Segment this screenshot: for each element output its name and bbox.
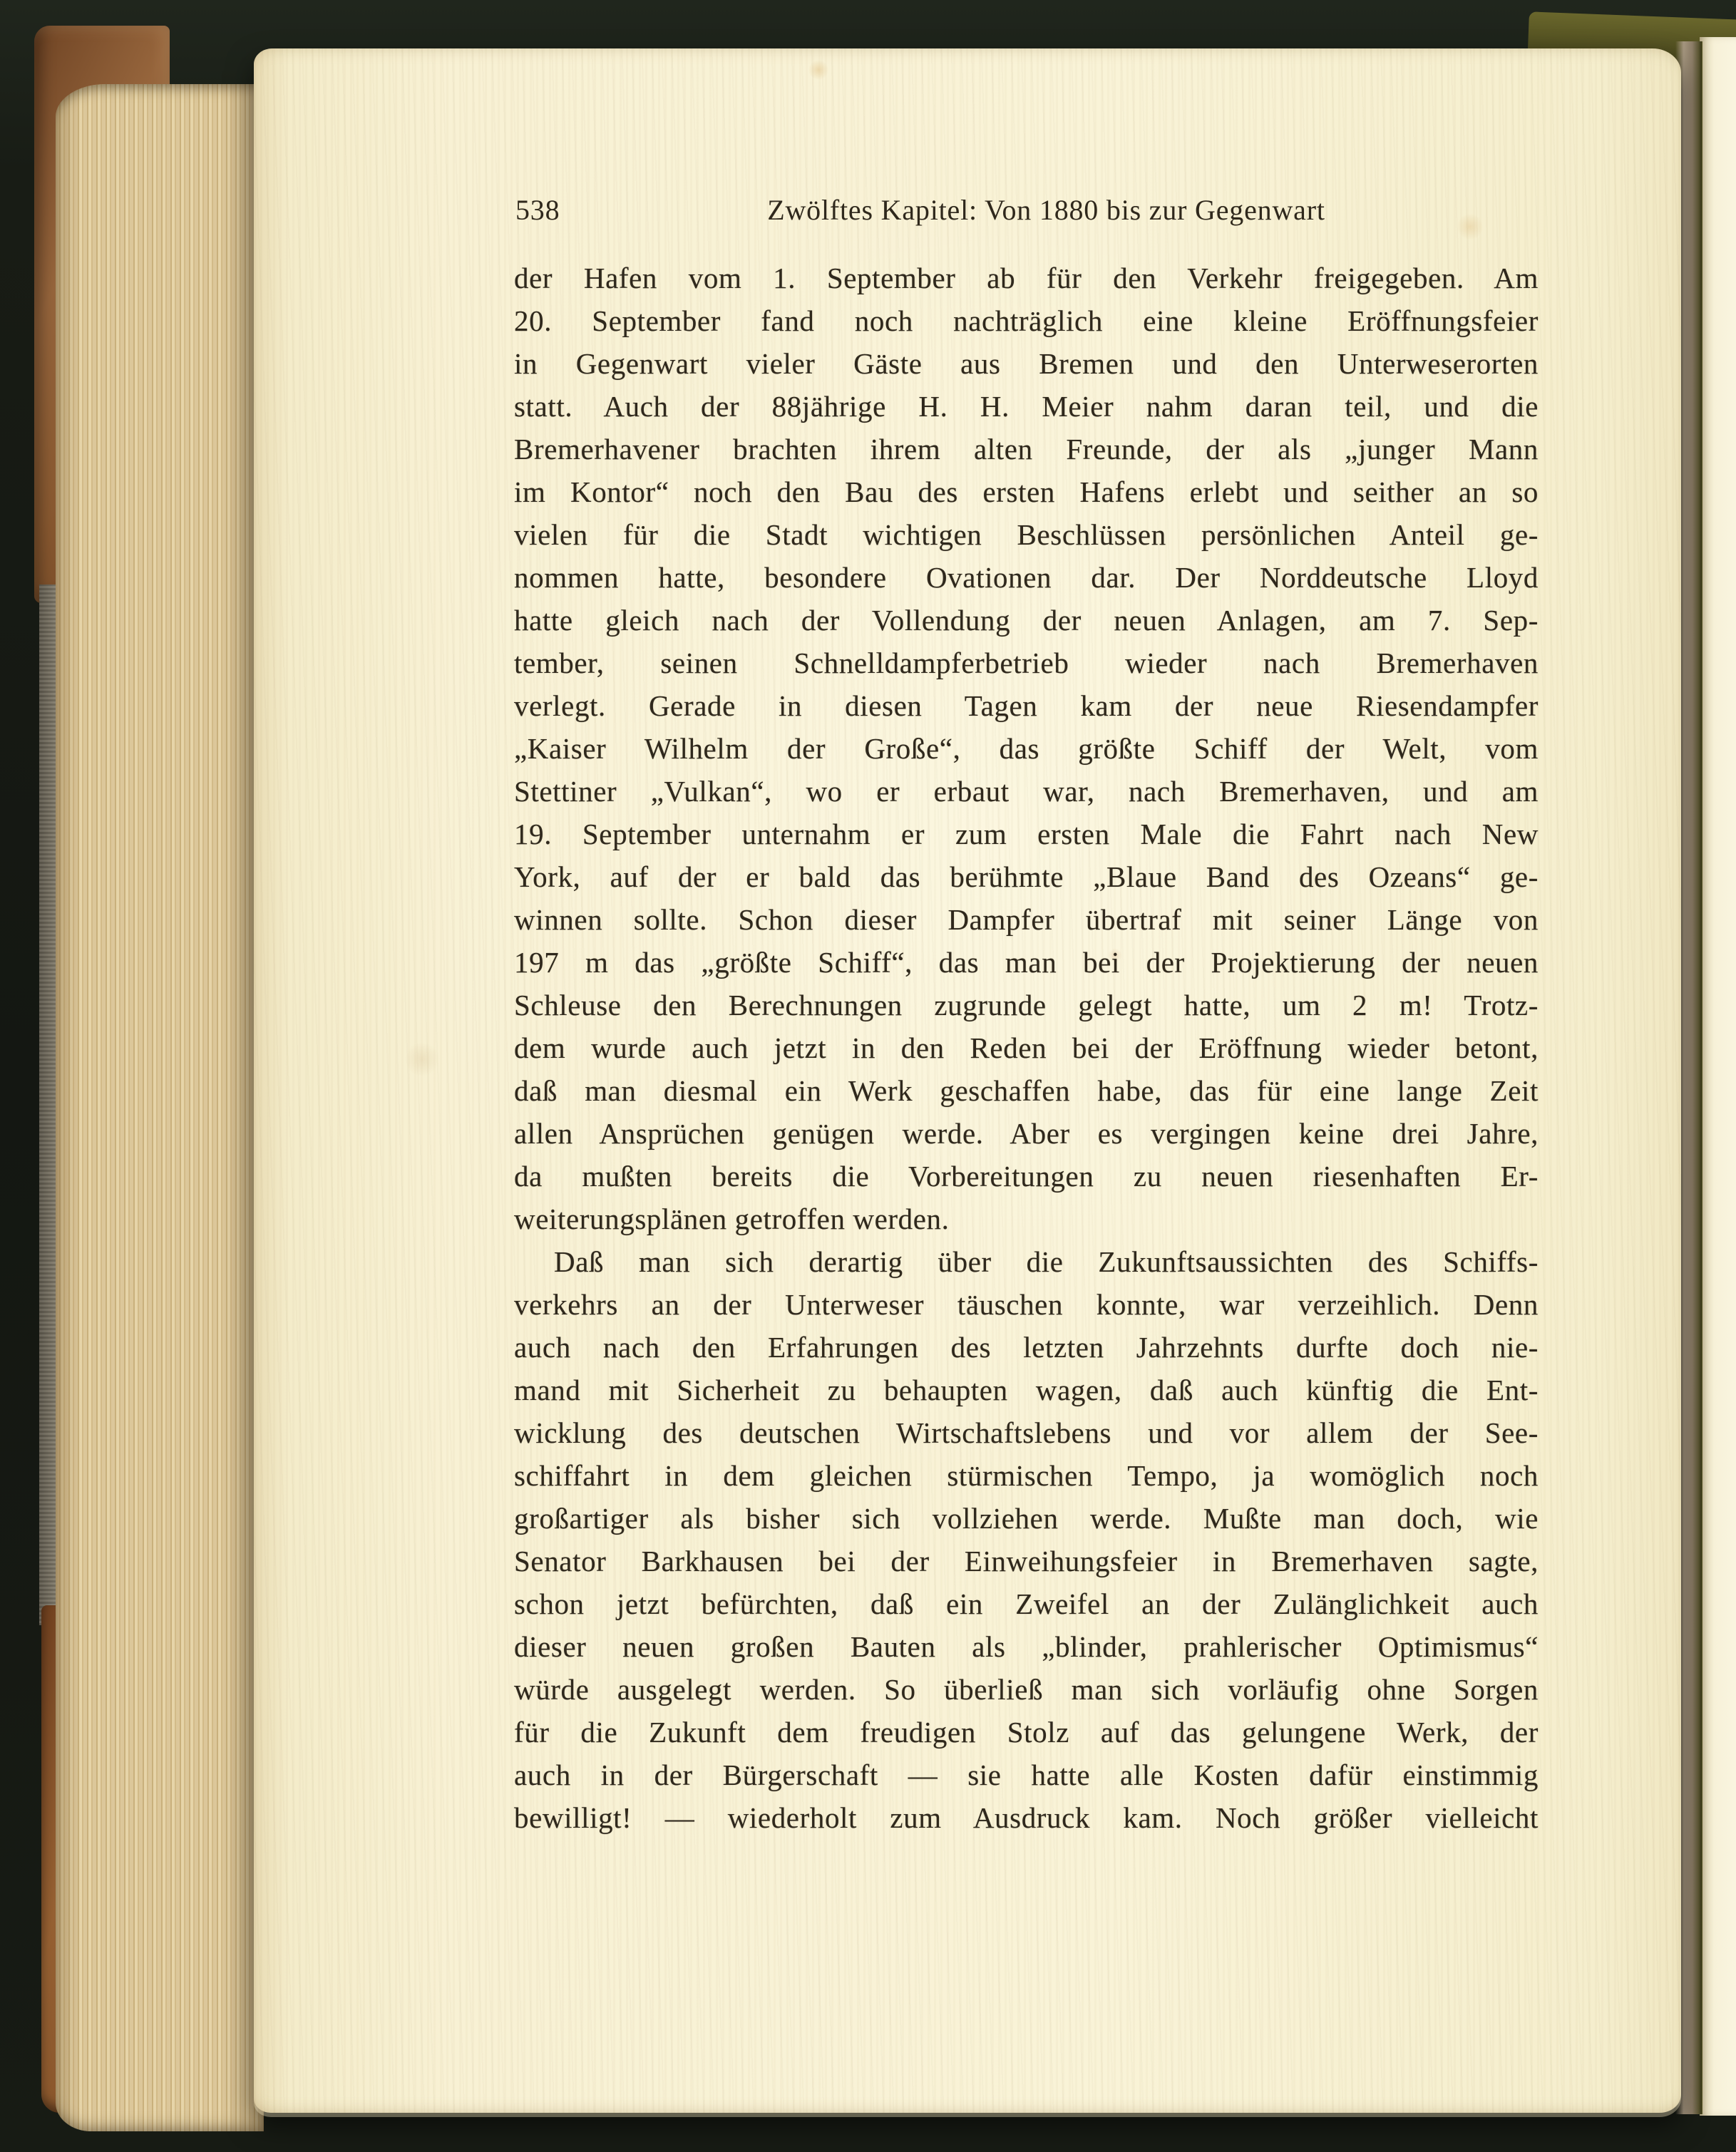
text-line: Bremerhavener brachten ihrem alten Freun… (514, 428, 1539, 470)
facing-page-sliver (1700, 37, 1736, 2116)
text-line: Stettiner „Vulkan“, wo er erbaut war, na… (514, 770, 1539, 813)
text-block: der Hafen vom 1. September ab für den Ve… (514, 257, 1539, 1839)
text-line: 19. September unternahm er zum ersten Ma… (514, 813, 1539, 855)
text-line: bewilligt! — wiederholt zum Ausdruck kam… (514, 1796, 1539, 1839)
text-line: allen Ansprüchen genügen werde. Aber es … (514, 1112, 1539, 1155)
text-line: wicklung des deutschen Wirtschaftslebens… (514, 1411, 1539, 1454)
paragraph: der Hafen vom 1. September ab für den Ve… (514, 257, 1539, 1240)
text-line: nommen hatte, besondere Ovationen dar. D… (514, 556, 1539, 599)
page-edge-stack (56, 84, 264, 2131)
text-line: für die Zukunft dem freudigen Stolz auf … (514, 1711, 1539, 1754)
text-line: York, auf der er bald das berühmte „Blau… (514, 855, 1539, 898)
paragraph: Daß man sich derartig über die Zukunftsa… (514, 1240, 1539, 1839)
text-line: Senator Barkhausen bei der Einweihungsfe… (514, 1540, 1539, 1582)
text-line: 20. September fand noch nachträglich ein… (514, 299, 1539, 342)
text-line: mand mit Sicherheit zu behaupten wagen, … (514, 1369, 1539, 1411)
text-line: schiffahrt in dem gleichen stürmischen T… (514, 1454, 1539, 1497)
text-line: verkehrs an der Unterweser täuschen konn… (514, 1283, 1539, 1326)
text-line: würde ausgelegt werden. So überließ man … (514, 1668, 1539, 1711)
text-line: tember, seinen Schnelldampferbetrieb wie… (514, 642, 1539, 684)
text-line: „Kaiser Wilhelm der Große“, das größte S… (514, 727, 1539, 770)
text-line: Schleuse den Berechnungen zugrunde geleg… (514, 984, 1539, 1026)
text-line: hatte gleich nach der Vollendung der neu… (514, 599, 1539, 642)
book-page: 538 Zwölftes Kapitel: Von 1880 bis zur G… (254, 48, 1681, 2113)
text-line: auch nach den Erfahrungen des letzten Ja… (514, 1326, 1539, 1369)
text-line: dem wurde auch jetzt in den Reden bei de… (514, 1026, 1539, 1069)
text-line: im Kontor“ noch den Bau des ersten Hafen… (514, 470, 1539, 513)
text-line: vielen für die Stadt wichtigen Beschlüss… (514, 513, 1539, 556)
text-line: daß man diesmal ein Werk geschaffen habe… (514, 1069, 1539, 1112)
text-line: schon jetzt befürchten, daß ein Zweifel … (514, 1582, 1539, 1625)
text-line: Daß man sich derartig über die Zukunftsa… (514, 1240, 1539, 1283)
text-line: in Gegenwart vieler Gäste aus Bremen und… (514, 342, 1539, 385)
text-line: großartiger als bisher sich vollziehen w… (514, 1497, 1539, 1540)
text-line: auch in der Bürgerschaft — sie hatte all… (514, 1754, 1539, 1796)
running-header: Zwölftes Kapitel: Von 1880 bis zur Gegen… (514, 188, 1539, 232)
page-header: 538 Zwölftes Kapitel: Von 1880 bis zur G… (514, 188, 1539, 232)
text-line: dieser neuen großen Bauten als „blinder,… (514, 1625, 1539, 1668)
text-line: 197 m das „größte Schiff“, das man bei d… (514, 941, 1539, 984)
text-line: der Hafen vom 1. September ab für den Ve… (514, 257, 1539, 299)
text-line: weiterungsplänen getroffen werden. (514, 1198, 1539, 1240)
text-line: verlegt. Gerade in diesen Tagen kam der … (514, 684, 1539, 727)
text-line: winnen sollte. Schon dieser Dampfer über… (514, 898, 1539, 941)
text-line: statt. Auch der 88jährige H. H. Meier na… (514, 385, 1539, 428)
text-line: da mußten bereits die Vorbereitungen zu … (514, 1155, 1539, 1198)
